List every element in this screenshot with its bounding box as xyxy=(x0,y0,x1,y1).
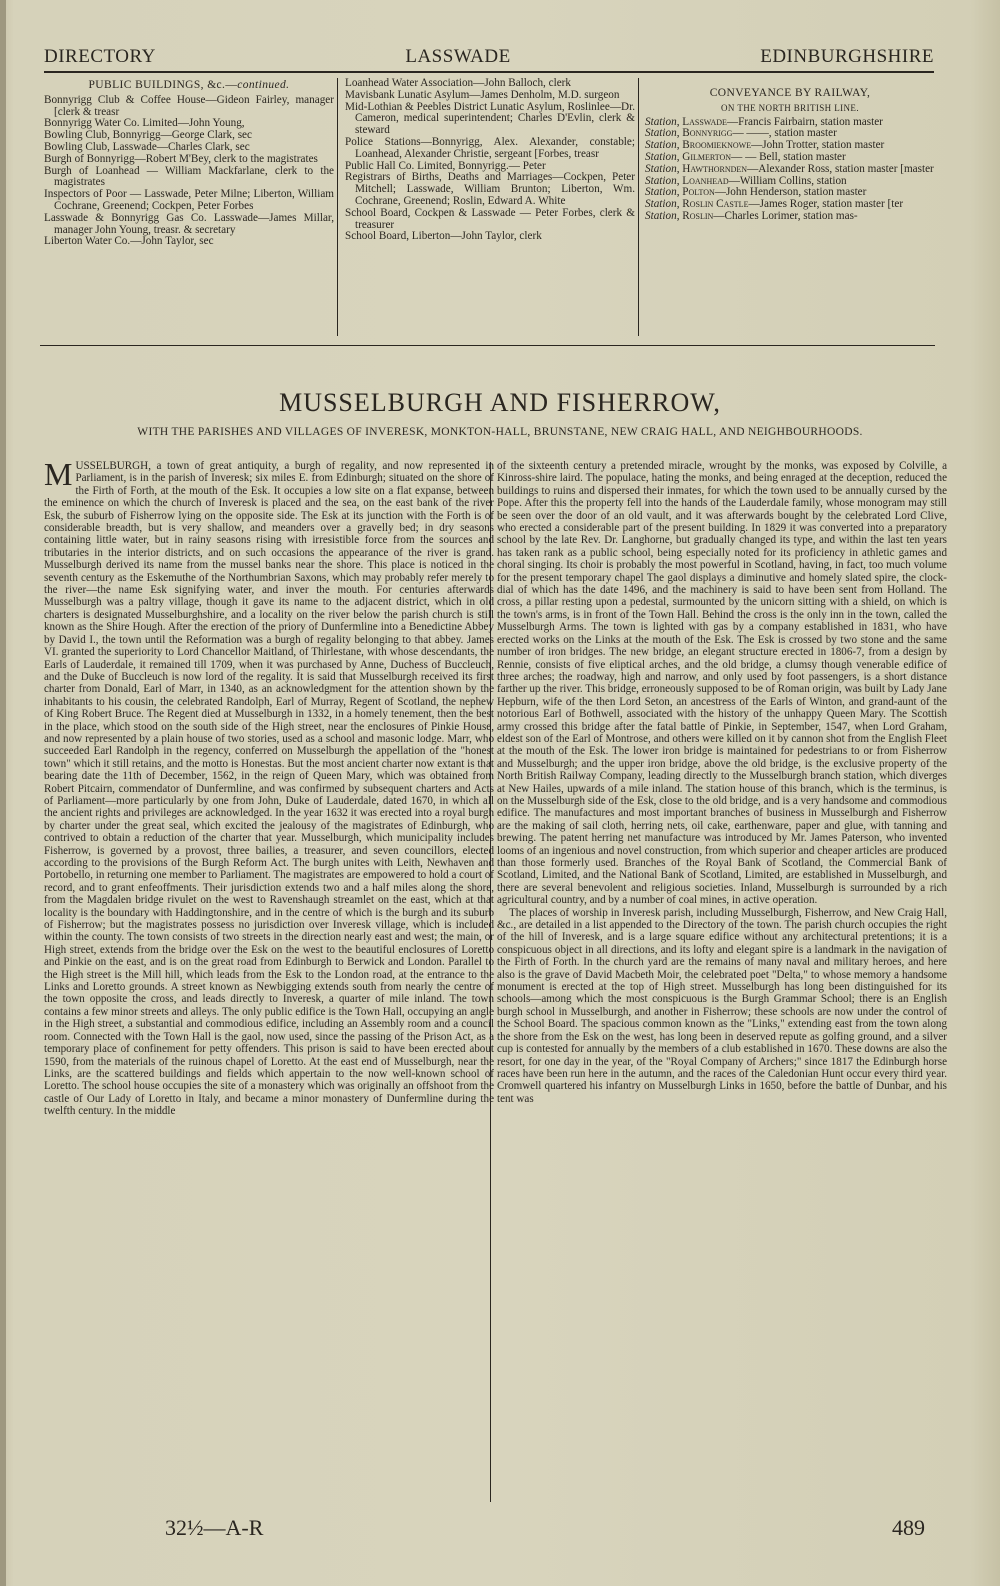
station-entry: Station, Roslin—Charles Lorimer, station… xyxy=(645,211,935,223)
public-buildings-column-1: PUBLIC BUILDINGS, &c.—continued. Bonnyri… xyxy=(44,80,334,248)
article-title: MUSSELBURGH AND FISHERROW, xyxy=(0,388,1000,418)
directory-entry: Registrars of Births, Deaths and Marriag… xyxy=(345,172,635,207)
article-text: USSELBURGH, a town of great antiquity, a… xyxy=(44,460,494,1117)
directory-entry: Lasswade & Bonnyrigg Gas Co. Lasswade—Ja… xyxy=(44,213,334,237)
directory-entry: Mid-Lothian & Peebles District Lunatic A… xyxy=(345,102,635,137)
column-divider xyxy=(337,78,338,336)
drop-cap: M xyxy=(44,461,72,487)
railway-title: CONVEYANCE BY RAILWAY, xyxy=(645,88,935,100)
railway-column: CONVEYANCE BY RAILWAY, ON THE NORTH BRIT… xyxy=(645,80,935,223)
public-buildings-column-2: Loanhead Water Association—John Balloch,… xyxy=(345,78,635,243)
article-subtitle: WITH THE PARISHES AND VILLAGES OF INVERE… xyxy=(60,425,940,440)
book-spine-edge xyxy=(0,0,6,1586)
directory-entry: School Board, Cockpen & Lasswade — Peter… xyxy=(345,208,635,232)
page-number: 489 xyxy=(892,1515,925,1541)
column-divider xyxy=(490,462,491,1502)
directory-page: DIRECTORY LASSWADE EDINBURGHSHIRE PUBLIC… xyxy=(0,0,1000,1586)
directory-entry: Liberton Water Co.—John Taylor, sec xyxy=(44,236,334,248)
running-head-center: LASSWADE xyxy=(405,46,510,68)
article-text: The places of worship in Inveresk parish… xyxy=(497,907,947,1106)
section-divider-rule xyxy=(40,345,935,346)
directory-entry: Police Stations—Bonnyrigg, Alex. Alexand… xyxy=(345,137,635,161)
public-buildings-title: PUBLIC BUILDINGS, &c.—continued. xyxy=(44,80,334,92)
directory-entry: Burgh of Bonnyrigg—Robert M'Bey, clerk t… xyxy=(44,154,334,166)
directory-entry: Bonnyrigg Club & Coffee House—Gideon Fai… xyxy=(44,95,334,119)
running-head-right: EDINBURGHSHIRE xyxy=(760,46,934,68)
railway-subtitle: ON THE NORTH BRITISH LINE. xyxy=(645,103,935,115)
directory-entry: Mavisbank Lunatic Asylum—James Denholm, … xyxy=(345,90,635,102)
directory-entry: School Board, Liberton—John Taylor, cler… xyxy=(345,231,635,243)
running-head: DIRECTORY LASSWADE EDINBURGHSHIRE xyxy=(44,44,934,68)
article-right-column: of the sixteenth century a pretended mir… xyxy=(497,460,947,1105)
printer-signature: 32½—A-R xyxy=(165,1515,263,1541)
running-head-left: DIRECTORY xyxy=(44,46,156,68)
article-left-column: MUSSELBURGH, a town of great antiquity, … xyxy=(44,460,494,1118)
directory-entry: Bowling Club, Lasswade—Charles Clark, se… xyxy=(44,142,334,154)
directory-entry: Inspectors of Poor — Lasswade, Peter Mil… xyxy=(44,189,334,213)
article-text: of the sixteenth century a pretended mir… xyxy=(497,460,947,907)
header-rule xyxy=(44,71,934,73)
directory-entry: Burgh of Loanhead — William Mackfarlane,… xyxy=(44,166,334,190)
column-divider xyxy=(638,78,639,336)
